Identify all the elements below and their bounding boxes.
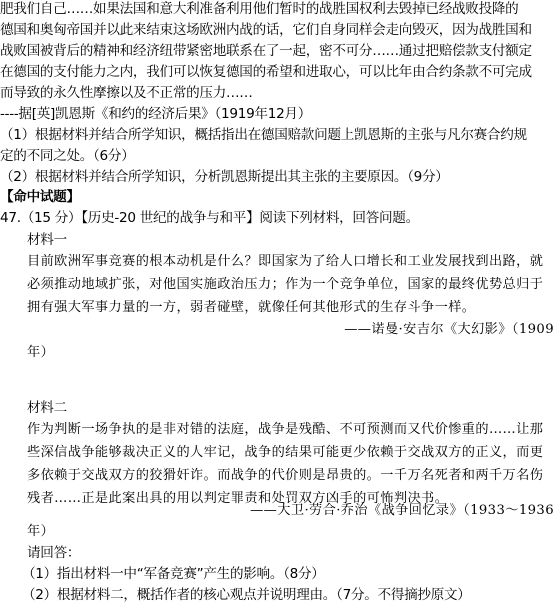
answer-prompt: 请回答：	[27, 544, 80, 563]
q47-header: 47.（15 分）【历史-20 世纪的战争与和平】阅读下列材料，回答问题。	[0, 209, 419, 228]
material-1-source-cont: 年）	[27, 343, 54, 362]
q47-question-2: （2）根据材料二，概括作者的核心观点并说明理由。（7分。不得摘抄原文）	[22, 586, 471, 603]
section-heading: 【命中试题】	[0, 188, 80, 207]
material-2-line: 多依赖于交战双方的狡猾奸诈。而战争的代价则是昂贵的。一千万名死者和两千万名伤	[27, 466, 543, 485]
material-2-line: 些深信战争能够裁决正义的人牢记，战争的结果可能更少依赖于交战双方的正义，而更	[27, 443, 543, 462]
passage-line: 而导致的永久性摩擦以及不正常的压力……	[0, 84, 253, 103]
passage-line: 在德国的支付能力之内，我们可以恢复德国的希望和进取心，可以比年由合约条款不可完成	[0, 63, 532, 82]
material-1-source: ——诺曼·安吉尔《大幻影》（1909	[344, 320, 554, 339]
passage-line: 德国和奥匈帝国并以此来结束这场欧洲内战的话，它们自身同样会走向毁灭，因为战胜国和	[0, 21, 532, 40]
material-1-line: 目前欧洲军事竞赛的根本动机是什么？即国家为了给人口增长和工业发展找到出路，就	[27, 252, 543, 271]
material-2-title: 材料二	[27, 399, 67, 418]
material-1-line: 拥有强大军事力量的一方，弱者碰壁，就像任何其他形式的生存斗争一样。	[27, 298, 475, 317]
material-2-line: 作为判断一场争执的是非对错的法庭，战争是残酷、不可预测而又代价惨重的……让那	[27, 420, 543, 439]
material-2-source-cont: 年）	[27, 522, 54, 541]
question-1-line2: 定的不同之处。（6分）	[0, 147, 135, 166]
question-2: （2）根据材料并结合所学知识，分析凯恩斯提出其主张的主要原因。（9分）	[0, 168, 449, 187]
material-1-title: 材料一	[27, 231, 67, 250]
passage-line: 肥我们自己……如果法国和意大利准备利用他们暂时的战胜国权利去毁掉已经战败投降的	[0, 0, 518, 19]
passage-line: 战败国被背后的精神和经济纽带紧密地联系在了一起，密不可分……通过把赔偿款支付额定	[0, 42, 532, 61]
passage-source: ----据[英]凯恩斯《和约的经济后果》（1919年12月）	[0, 105, 311, 124]
q47-question-1: （1）指出材料一中“军备竞赛”产生的影响。（8分）	[22, 565, 325, 584]
question-1-line1: （1）根据材料并结合所学知识，概括指出在德国赔款问题上凯恩斯的主张与凡尔赛合约规	[0, 126, 527, 145]
material-1-line: 必须推动地域扩张，对他国实施政治压力；作为一个竞争单位，国家的最终优势总归于	[27, 275, 543, 294]
material-2-source: ——大卫·劳合·乔治《战争回忆录》（1933～1936	[250, 501, 554, 520]
